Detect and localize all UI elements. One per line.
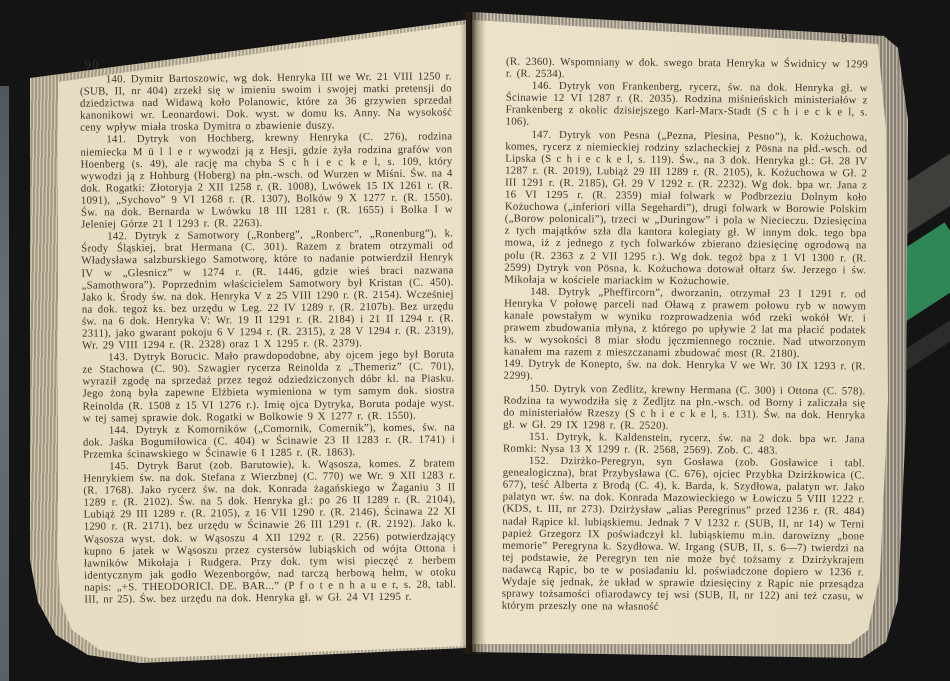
entry-paragraph: 141. Dytryk von Hochberg, krewny Henryka… xyxy=(80,131,453,231)
entry-paragraph: 146. Dytryk von Frankenberg, rycerz, św.… xyxy=(506,80,868,131)
entry-paragraph: 149. Dytryk de Konepto, św. na dok. Henr… xyxy=(504,358,866,385)
entry-paragraph: 150. Dytryk von Zedlitz, krewny Hermana … xyxy=(503,382,865,433)
entry-paragraph: 151. Dytryk, k. Kaldenstein, rycerz, św.… xyxy=(503,430,865,457)
right-page-entries: (R. 2360). Wspomniany w dok. swego brata… xyxy=(502,56,868,615)
right-page-text: 91 (R. 2360). Wspomniany w dok. swego br… xyxy=(502,29,869,615)
page-number-right: 91 xyxy=(506,29,868,46)
page-number-left: 90 xyxy=(80,54,452,71)
entry-paragraph: 142. Dytryk z Samotwory („Ronberg”, „Ron… xyxy=(81,228,454,352)
open-book: 90 140. Dymitr Bartoszowic, wg dok. Henr… xyxy=(0,0,950,681)
entry-paragraph: 143. Dytryk Borucic. Mało prawdopodobne,… xyxy=(82,349,455,425)
entry-paragraph: 148. Dytryk „Pheffircorn”, dworzanin, ot… xyxy=(504,285,867,360)
left-page-entries: 140. Dymitr Bartoszowic, wg dok. Henryka… xyxy=(80,70,457,605)
left-page-text: 90 140. Dymitr Bartoszowic, wg dok. Henr… xyxy=(80,54,457,605)
entry-paragraph: (R. 2360). Wspomniany w dok. swego brata… xyxy=(506,56,868,83)
entry-paragraph: 145. Dytryk Barut (zob. Barutowie), k. W… xyxy=(83,457,456,605)
entry-paragraph: 152. Dzirżko-Peregryn, syn Gosława (zob.… xyxy=(502,455,865,615)
book-gutter xyxy=(460,12,486,654)
entry-paragraph: 140. Dymitr Bartoszowic, wg dok. Henryka… xyxy=(80,70,453,134)
entry-paragraph: 144. Dytryk z Komorników („Comornik, Com… xyxy=(83,421,455,461)
photo-background: 90 140. Dymitr Bartoszowic, wg dok. Henr… xyxy=(0,0,950,681)
entry-paragraph: 147. Dytryk von Pesna („Pezna, Plesina, … xyxy=(504,128,867,288)
